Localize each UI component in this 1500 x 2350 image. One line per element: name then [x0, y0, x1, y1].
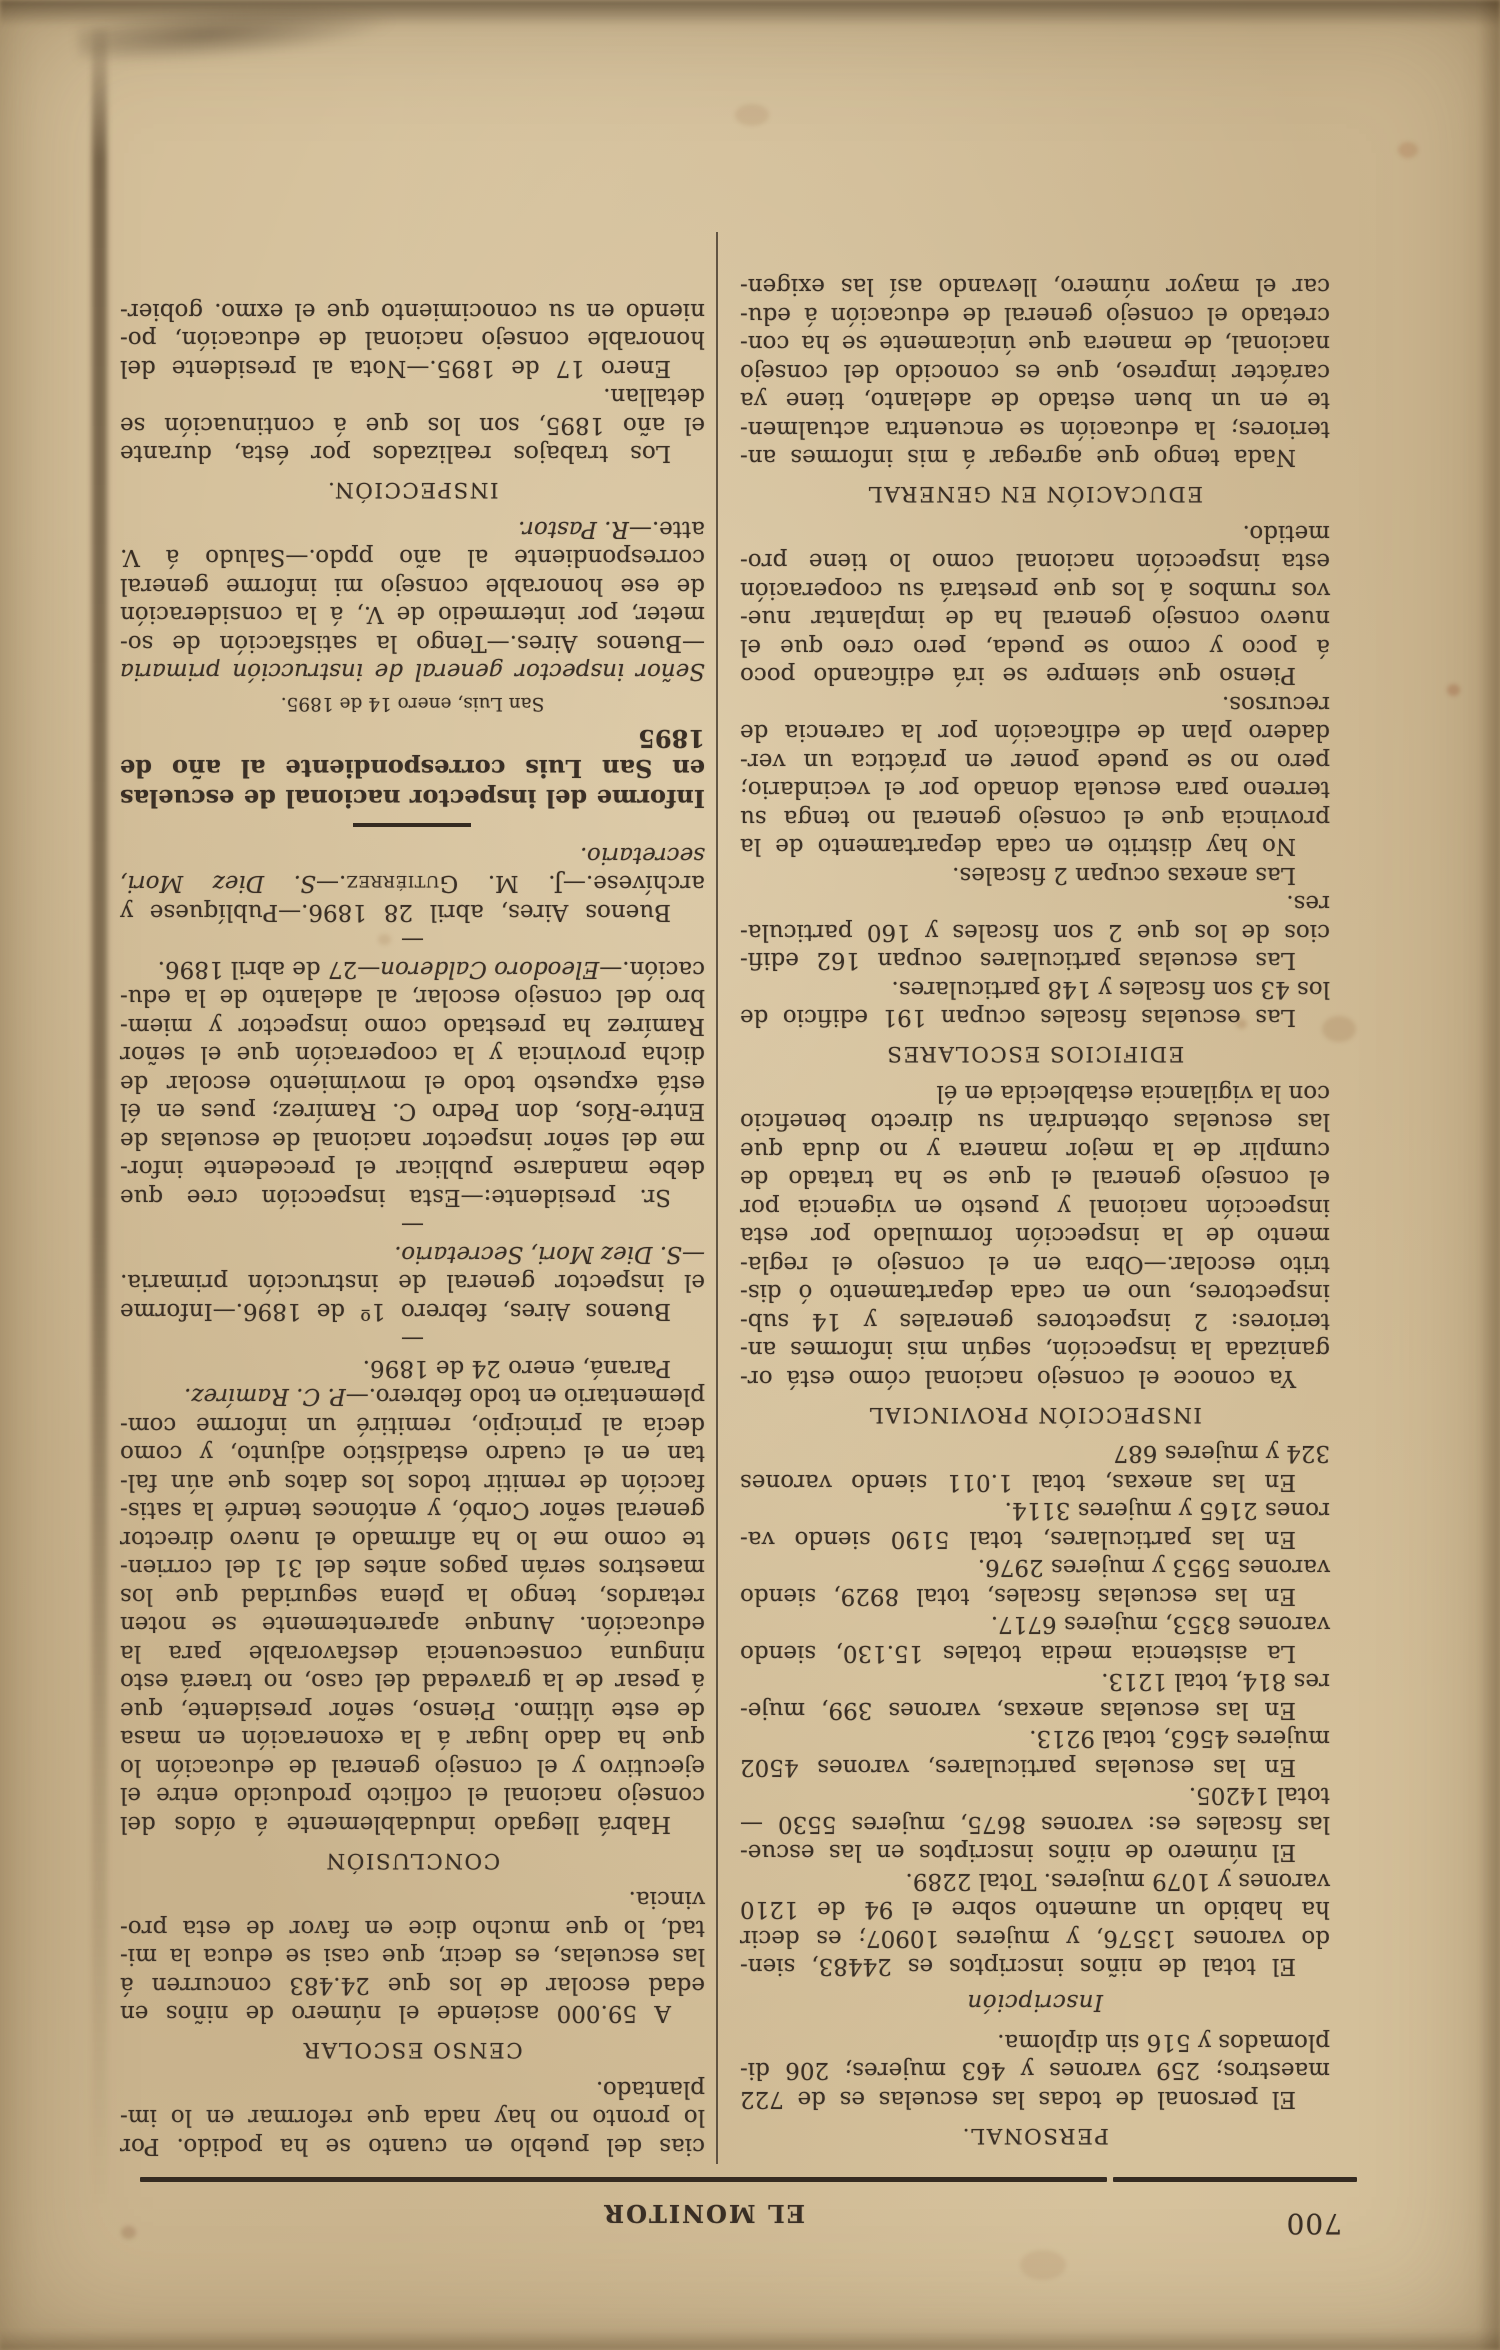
educacion-general-texto: Nada tengo que agregar á mis informes an… — [740, 272, 1330, 472]
text-line: Buenos Aires, febrero 1º de 1896.—Inform… — [120, 1297, 705, 1326]
fecha-san-luis: San Luis, enero 14 de 1895. — [120, 691, 705, 717]
text-line: tan en el cuadro estadístico adjunto, y … — [120, 1439, 705, 1468]
text-line: Señor inspector general de instrucción p… — [120, 657, 705, 686]
document-scan: 700 EL MONITOR PERSONAL.El personal de t… — [0, 0, 1500, 2350]
column-right: cias del pueblo en cuanto se ha podido. … — [120, 297, 705, 2161]
edificios-terrenos: No hay distrito en cada departamento de … — [740, 690, 1330, 861]
text-line: atte.—R. Pastor. — [120, 515, 705, 544]
text-line: En las escuelas fiscales, total 8929, si… — [740, 1582, 1330, 1611]
fecha-parana: Paraná, enero 24 de 1896. — [120, 1354, 705, 1383]
text-line: En las escuelas anexas, varones 399, muj… — [740, 1696, 1330, 1725]
text-line: La asistencia media totales 15.130, sien… — [740, 1639, 1330, 1668]
text-line: varones y 1079 mujeres. Total 2289. — [740, 1867, 1330, 1896]
text-line: inspectores, uno en cada departamento ó … — [740, 1278, 1330, 1307]
text-line: ganizada la inspección, según mis inform… — [740, 1335, 1330, 1364]
header-rule — [140, 2177, 1107, 2182]
text-line: de ese honorable consejo mi informe gene… — [120, 572, 705, 601]
text-line: El número de niños inscriptos en las esc… — [740, 1838, 1330, 1867]
text-line: dicha provincia y la cooperación que el … — [120, 1040, 705, 1069]
text-line: Entre-Ríos, don Pedro C. Ramírez; pues e… — [120, 1097, 705, 1126]
text-line: Pienso que siempre se irá edificando poc… — [740, 661, 1330, 690]
edificios-pienso: Pienso que siempre se irá edificando poc… — [740, 519, 1330, 690]
edificios-anexas: Las anexas ocupan 2 fiscales. — [740, 861, 1330, 890]
text-line: car el mayor número, llevando así las ex… — [740, 272, 1330, 301]
section-inspeccion: INSPECCIÓN. — [120, 476, 705, 504]
text-line: Paraná, enero 24 de 1896. — [120, 1354, 705, 1383]
destinatario: Señor inspector general de instrucción p… — [120, 657, 705, 686]
bold-heading-line: Informe del inspector nacional de escuel… — [120, 784, 705, 814]
text-line: rones 2165 y mujeres 3114. — [740, 1496, 1330, 1525]
text-line: vos rumbos á los que prestará su coopera… — [740, 576, 1330, 605]
text-line: res 814, total 1213. — [740, 1667, 1330, 1696]
inscripcion-totales: El total de niños inscriptos es 24483, s… — [740, 1867, 1330, 1981]
text-line: el consejo general el que se ha tratado … — [740, 1164, 1330, 1193]
text-line: El total de niños inscriptos es 24483, s… — [740, 1952, 1330, 1981]
text-line: cación.—Eleodoro Calderon—27 de abril 18… — [120, 955, 705, 984]
text-line: archívese.—J. M. Gutiérrez.—S. Diez Mori… — [120, 869, 705, 898]
asistencia-media: La asistencia media totales 15.130, sien… — [740, 1610, 1330, 1667]
text-line: teriores; la educación se encuentra actu… — [740, 415, 1330, 444]
text-line: total 14205. — [740, 1781, 1330, 1810]
text-line: recursos. — [740, 690, 1330, 719]
text-line: Sr. presidente:—Esta inspección cree que — [120, 1183, 705, 1212]
text-line: El personal de todas las escuelas es de … — [740, 2085, 1330, 2114]
text-line: cretado el consejo general de educación … — [740, 301, 1330, 330]
text-line: maestros serán pagos antes del 31 del co… — [120, 1553, 705, 1582]
text-line: el año 1895, son los que á continuación … — [120, 411, 705, 440]
text-line: honorable consejo nacional de educación,… — [120, 325, 705, 354]
text-line: maestros; 259 varones y 463 mujeres; 206… — [740, 2056, 1330, 2085]
text-line: está expuesto todo el movimiento escolar… — [120, 1069, 705, 1098]
small-caps-name: Gutiérrez — [346, 871, 458, 897]
text-line: Ramírez ha prestado como inspector y mie… — [120, 1012, 705, 1041]
text-line: teriores: 2 inspectores generales y 14 s… — [740, 1307, 1330, 1336]
text-line: Enero 17 de 1895.—Nota al presidente del — [120, 354, 705, 383]
text-line: Los trabajos realizados por ésta, durant… — [120, 439, 705, 468]
text-line: Las anexas ocupan 2 fiscales. — [740, 861, 1330, 890]
inscriptos-fiscales: El número de niños inscriptos en las esc… — [740, 1781, 1330, 1867]
text-line: Las escuelas particulares ocupan 162 edi… — [740, 946, 1330, 975]
asistencia-fiscales: En las escuelas fiscales, total 8929, si… — [740, 1553, 1330, 1610]
text-line: 324 y mujeres 687 — [740, 1439, 1330, 1468]
text-line: secretario. — [120, 841, 705, 870]
text-line: edad escolar de los que 24.483 concurren… — [120, 1971, 705, 2000]
text-line: carácter impreso, que es conocido del co… — [740, 358, 1330, 387]
titulo-informe-san-luis: Informe del inspector nacional de escuel… — [120, 724, 705, 814]
text-line: plementario en todo febrero.—P. C. Ramír… — [120, 1382, 705, 1411]
text-line: do varones 13576, y mujeres 10907; es de… — [740, 1924, 1330, 1953]
page-number: 700 — [1286, 2207, 1342, 2240]
text-line: las escuelas, es decir, que casi se educ… — [120, 1942, 705, 1971]
text-line: Habrá llegado indudablemente á oídos del — [120, 1810, 705, 1839]
dash-separator: — — [120, 926, 705, 955]
text-line: bro del consejo escolar, al adelanto de … — [120, 983, 705, 1012]
text-line: me del señor inspector nacional de escue… — [120, 1126, 705, 1155]
text-line: En las anexas, total 1.011 siendo varone… — [740, 1468, 1330, 1497]
text-line: educación. Aunque aparentemente se noten — [120, 1610, 705, 1639]
text-line: general señor Corbó, y entónces tendré l… — [120, 1496, 705, 1525]
text-line: te como me lo ha afirmado el nuevo direc… — [120, 1525, 705, 1554]
text-line: inspección nacional y puesto en vigencia… — [740, 1193, 1330, 1222]
italic-text: P. C. Ramírez. — [184, 1384, 346, 1410]
italic-text: Eleodoro Calderon — [380, 956, 599, 982]
text-line: —Buenos Aires.—Tengo la satisfacción de … — [120, 629, 705, 658]
section-edificios: EDIFICIOS ESCOLARES — [740, 1040, 1330, 1068]
text-line: Ya conoce el consejo nacional cómo está … — [740, 1364, 1330, 1393]
section-censo-escolar: CENSO ESCOLAR — [120, 2036, 705, 2064]
column-divider — [716, 232, 718, 2164]
text-line: nacional, de manera que únicamente se ha… — [740, 329, 1330, 358]
dash-separator: — — [120, 1325, 705, 1354]
header-rule — [1113, 2177, 1357, 2182]
text-line: —S. Diez Mori, Secretario. — [120, 1240, 705, 1269]
journal-title: EL MONITOR — [602, 2199, 805, 2228]
inspeccion-provincial-texto: Ya conoce el consejo nacional cómo está … — [740, 1079, 1330, 1393]
italic-text: Señor inspector general de instrucción p… — [120, 659, 705, 685]
educacion-general-continuacion: cias del pueblo en cuanto se ha podido. … — [120, 2075, 705, 2161]
text-line: provincia que el consejo general no teng… — [740, 804, 1330, 833]
dash-separator: — — [120, 1211, 705, 1240]
text-line: á poco y como se pueda, pero creo que el — [740, 633, 1330, 662]
text-line: En las particulares, total 5190 siendo v… — [740, 1525, 1330, 1554]
edificios-particulares: Las escuelas particulares ocupan 162 edi… — [740, 889, 1330, 975]
section-inspeccion-provincial: INSPECCIÓN PROVINCIAL — [740, 1400, 1330, 1428]
text-line: mujeres 4563, total 9213. — [740, 1724, 1330, 1753]
text-line: mento de la inspección formulado por est… — [740, 1221, 1330, 1250]
text-line: ejecutivo y el consejo general de educac… — [120, 1753, 705, 1782]
text-line: lo pronto no hay nada que reformar en lo… — [120, 2103, 705, 2132]
asistencia-particulares: En las particulares, total 5190 siendo v… — [740, 1496, 1330, 1553]
text-line: esta inspección nacional como lo tiene p… — [740, 547, 1330, 576]
section-personal: PERSONAL. — [740, 2121, 1330, 2149]
text-line: terreno para escuela donado por el vecin… — [740, 775, 1330, 804]
text-line: pero no se puede poner en práctica un ve… — [740, 747, 1330, 776]
text-line: decía al principio, remitiré un informe … — [120, 1411, 705, 1440]
text-line: En las escuelas particulares, varones 45… — [740, 1753, 1330, 1782]
text-line: á pesar de la gravedad del caso, no trae… — [120, 1667, 705, 1696]
text-line: correspondiente al año ppdo.—Saludo á V. — [120, 543, 705, 572]
censo-texto: A 59.000 asciende el número de niños ene… — [120, 1885, 705, 2028]
section-inscripcion: Inscripción — [740, 1989, 1330, 2017]
section-conclusion: CONCLUSIÓN — [120, 1846, 705, 1874]
text-line: niendo en su conocimiento que el exmo. g… — [120, 297, 705, 326]
text-line: facción de remitir todos los datos que a… — [120, 1468, 705, 1497]
text-line: Las escuelas fiscales ocupan 191 edifici… — [740, 1003, 1330, 1032]
text-line: con la vigilancia establecida en él — [740, 1079, 1330, 1108]
text-line: ha habido un aumento sobre el 94 de 1210 — [740, 1895, 1330, 1924]
text-line: Buenos Aires, abril 28 1896.—Publíquese … — [120, 898, 705, 927]
conclusion-texto: Habrá llegado indudablemente á oídos del… — [120, 1382, 705, 1838]
text-line: meter, por intermedio de V., á la consid… — [120, 600, 705, 629]
personal-stats: El personal de todas las escuelas es de … — [740, 2028, 1330, 2114]
text-line: res. — [740, 889, 1330, 918]
italic-text: —S. Diez Mori, Secretario. — [394, 1241, 705, 1267]
inscriptos-anexas: En las escuelas anexas, varones 399, muj… — [740, 1667, 1330, 1724]
text-line: te en un buen estado de adelanto, tiene … — [740, 386, 1330, 415]
text-line: los 43 son fiscales y 148 particulares. — [740, 975, 1330, 1004]
text-line: plomados y 516 sin diploma. — [740, 2028, 1330, 2057]
section-separator-rule — [354, 824, 472, 828]
page-content-rotated: 700 EL MONITOR PERSONAL.El personal de t… — [0, 0, 1500, 2350]
text-line: No hay distrito en cada departamento de … — [740, 832, 1330, 861]
italic-text: R. Pastor. — [518, 516, 629, 542]
text-line: retardos, tengo la plena seguridad que l… — [120, 1582, 705, 1611]
text-line: cios de los que 2 son fiscales y 160 par… — [740, 918, 1330, 947]
inscriptos-particulares: En las escuelas particulares, varones 45… — [740, 1724, 1330, 1781]
text-line: nuevo consejo general ha de implantar nu… — [740, 604, 1330, 633]
text-line: de este último. Pienso, señor presidente… — [120, 1696, 705, 1725]
text-line: las fiscales es: varones 8675, mujeres 5… — [740, 1810, 1330, 1839]
text-line: A 59.000 asciende el número de niños en — [120, 1999, 705, 2028]
edificios-fiscales: Las escuelas fiscales ocupan 191 edifici… — [740, 975, 1330, 1032]
asistencia-anexas: En las anexas, total 1.011 siendo varone… — [740, 1439, 1330, 1496]
bold-heading-line: en San Luis correspondiente al año de 18… — [120, 724, 705, 784]
text-line: consejo nacional el coflicto producido e… — [120, 1781, 705, 1810]
nota-enero-17: Enero 17 de 1895.—Nota al presidente del… — [120, 297, 705, 383]
text-line: ninguna consecuencia desfavorable para l… — [120, 1639, 705, 1668]
text-line: vincia. — [120, 1885, 705, 1914]
decreto-publiquese: Buenos Aires, abril 28 1896.—Publíquese … — [120, 841, 705, 927]
text-line: que ha dado lugar á la exoneración en ma… — [120, 1724, 705, 1753]
text-line: debe mandarse publicar el precedente inf… — [120, 1154, 705, 1183]
text-line: las escuelas obtendrán su directo benefi… — [740, 1107, 1330, 1136]
italic-text: secretario. — [580, 842, 705, 868]
inspeccion-trabajos: Los trabajos realizados por ésta, durant… — [120, 382, 705, 468]
text-line: dadero plan de edificación por la carenc… — [740, 718, 1330, 747]
text-line: Nada tengo que agregar á mis informes an… — [740, 443, 1330, 472]
section-educacion-general: EDUCACIÓN EN GENERAL — [740, 480, 1330, 508]
text-line: plantado. — [120, 2075, 705, 2104]
decreto-febrero: Buenos Aires, febrero 1º de 1896.—Inform… — [120, 1240, 705, 1326]
text-line: detallan. — [120, 382, 705, 411]
text-line: trito escolar.—Obra en el consejo el reg… — [740, 1250, 1330, 1279]
saludo-pastor: —Buenos Aires.—Tengo la satisfacción de … — [120, 515, 705, 658]
text-line: metido. — [740, 519, 1330, 548]
text-line: cias del pueblo en cuanto se ha podido. … — [120, 2132, 705, 2161]
dictamen-calderon: Sr. presidente:—Esta inspección cree que… — [120, 955, 705, 1212]
italic-text: S. Diez Mori, — [120, 871, 316, 897]
text-line: cumplir de la mejor manera y no duda que — [740, 1136, 1330, 1165]
text-line: varones 5953 y mujeres 2976. — [740, 1553, 1330, 1582]
text-line: tad, lo que mucho dice en favor de esta … — [120, 1914, 705, 1943]
text-line: el inspector general de instrucción prim… — [120, 1268, 705, 1297]
text-line: varones 8353, mujeres 6717. — [740, 1610, 1330, 1639]
column-left: PERSONAL.El personal de todas las escuel… — [740, 272, 1330, 2160]
